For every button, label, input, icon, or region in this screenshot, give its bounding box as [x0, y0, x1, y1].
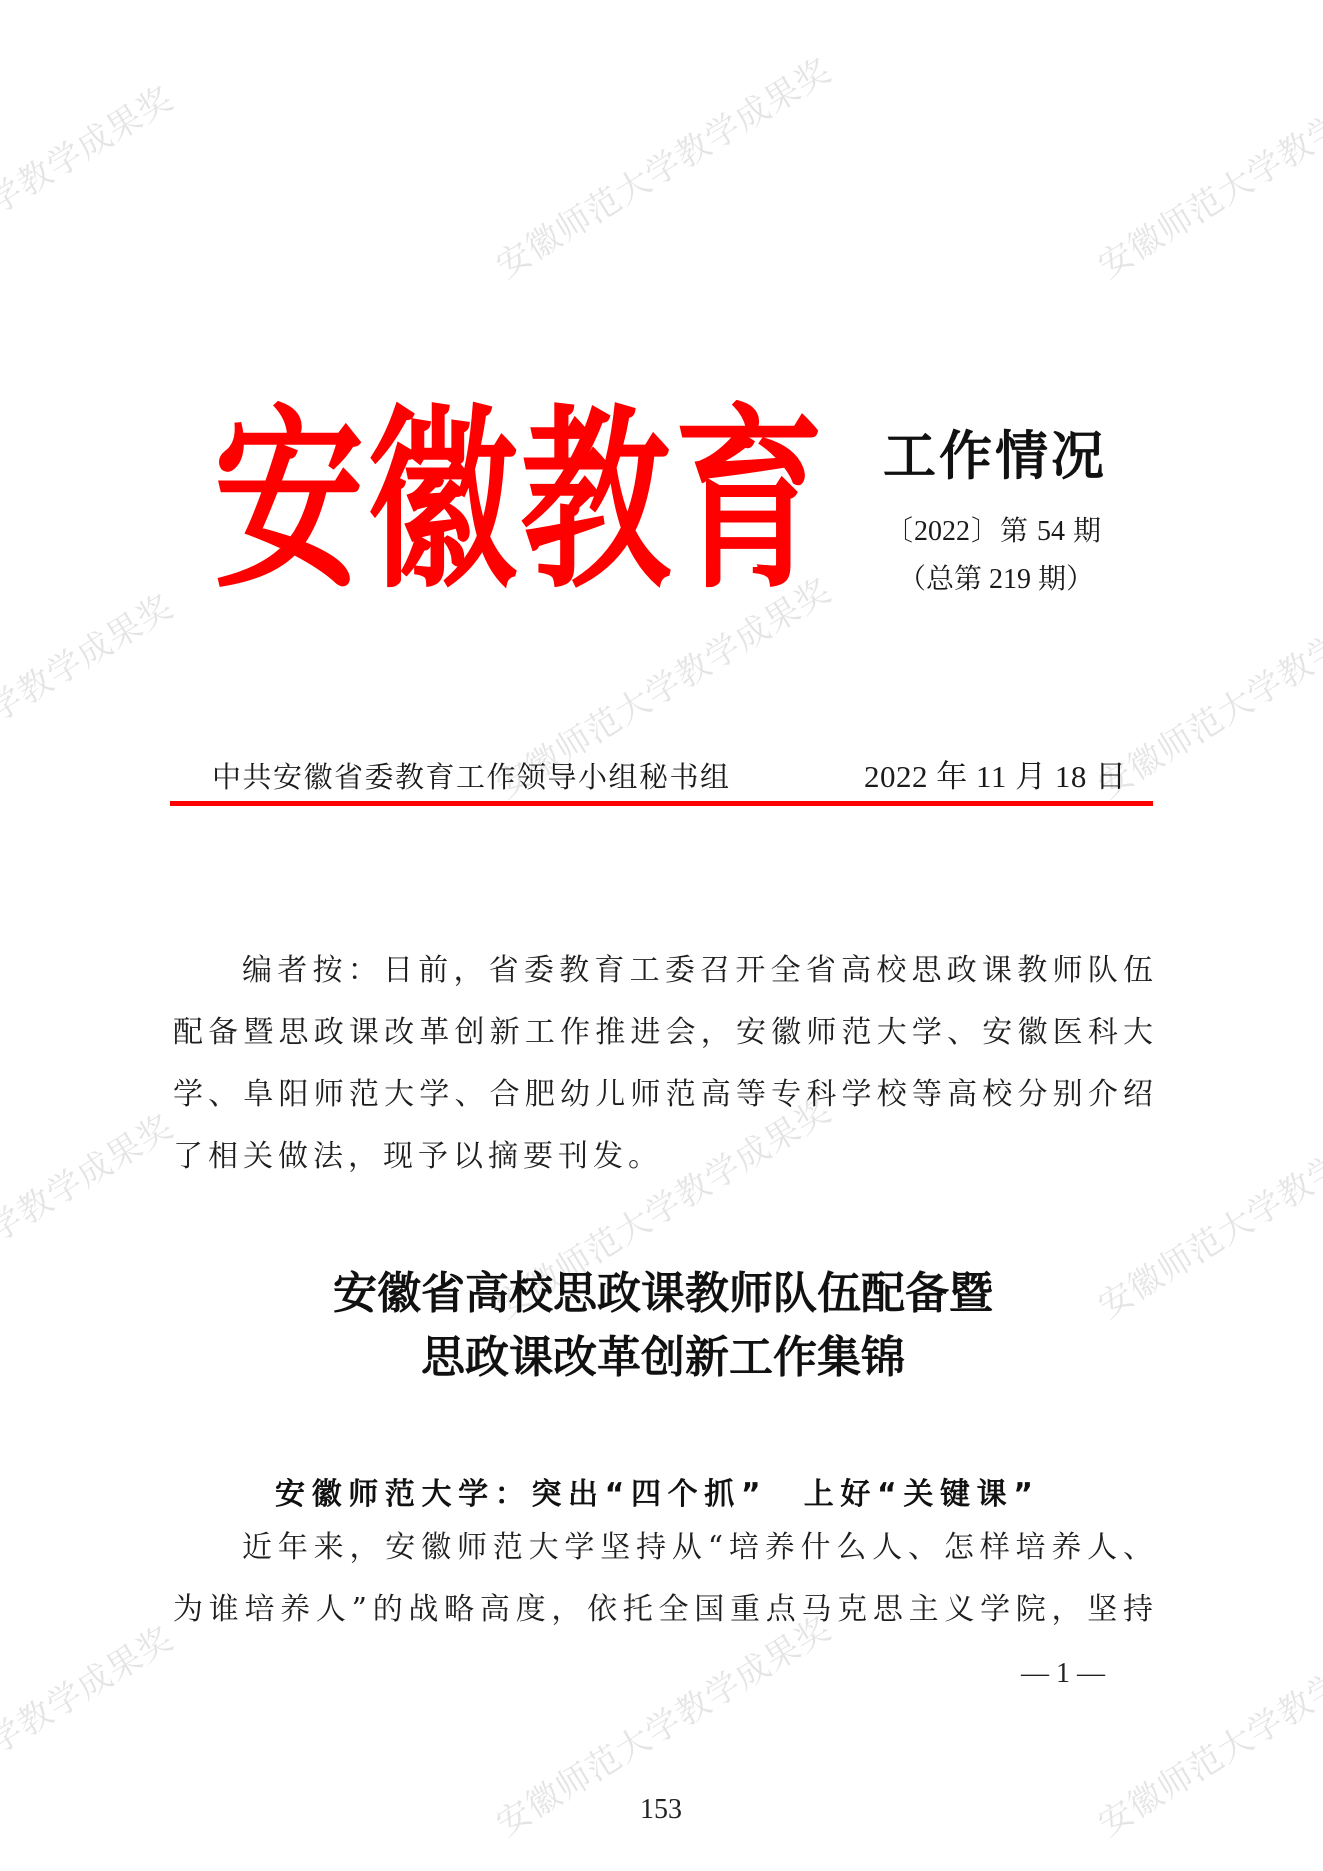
issue-number: 〔2022〕第 54 期 — [885, 515, 1101, 549]
masthead-char: 徽 — [367, 403, 517, 598]
editor-note-line: 了相关做法，现予以摘要刊发。 — [173, 1126, 1153, 1188]
article-body: 近年来，安徽师范大学坚持从“培养什么人、怎样培养人、 为谁培养人”的战略高度，依… — [173, 1517, 1153, 1641]
watermark: 安徽师范大学教学成果奖 — [0, 580, 181, 823]
body-line: 近年来，安徽师范大学坚持从“培养什么人、怎样培养人、 — [173, 1517, 1153, 1579]
watermark: 安徽师范大学教学成果奖 — [485, 44, 839, 287]
red-divider-rule — [170, 801, 1153, 806]
issue-date: 2022 年 11 月 18 日 — [864, 755, 1127, 799]
watermark: 安徽师范大学教学成果奖 — [1087, 44, 1323, 287]
editor-note-line: 学、阜阳师范大学、合肥幼儿师范高等专科学校等高校分别介绍 — [173, 1064, 1153, 1126]
editor-note-line: 编者按：日前，省委教育工委召开全省高校思政课教师队伍 — [173, 940, 1153, 1002]
masthead-char: 育 — [674, 403, 824, 598]
body-line: 为谁培养人”的战略高度，依托全国重点马克思主义学院，坚持 — [173, 1579, 1153, 1641]
issuer: 中共安徽省委教育工作领导小组秘书组 — [212, 755, 731, 799]
page-marker: — 1 — — [1003, 1656, 1123, 1692]
publication-label: 工作情况 — [883, 426, 1111, 488]
watermark: 安徽师范大学教学成果奖 — [0, 1612, 181, 1855]
editor-note-line: 配备暨思政课改革创新工作推进会，安徽师范大学、安徽医科大 — [173, 1002, 1153, 1064]
editor-note: 编者按：日前，省委教育工委召开全省高校思政课教师队伍 配备暨思政课改革创新工作推… — [173, 940, 1153, 1188]
issuer-row: 中共安徽省委教育工作领导小组秘书组 2022 年 11 月 18 日 — [170, 755, 1153, 801]
masthead-char: 教 — [521, 403, 671, 598]
article-heading-line-2: 思政课改革创新工作集锦 — [173, 1326, 1153, 1390]
cumulative-issue-number: （总第 219 期） — [898, 563, 1092, 597]
article-heading-line-1: 安徽省高校思政课教师队伍配备暨 — [173, 1262, 1153, 1326]
watermark: 安徽师范大学教学成果奖 — [0, 1100, 181, 1343]
masthead-char: 安 — [214, 403, 364, 598]
section-heading: 安徽师范大学：突出“四个抓” 上好“关键课” — [275, 1470, 1033, 1520]
watermark: 安徽师范大学教学成果奖 — [0, 72, 181, 315]
masthead-title: 安 徽 教 育 — [214, 398, 824, 603]
page-number: 153 — [611, 1792, 711, 1828]
